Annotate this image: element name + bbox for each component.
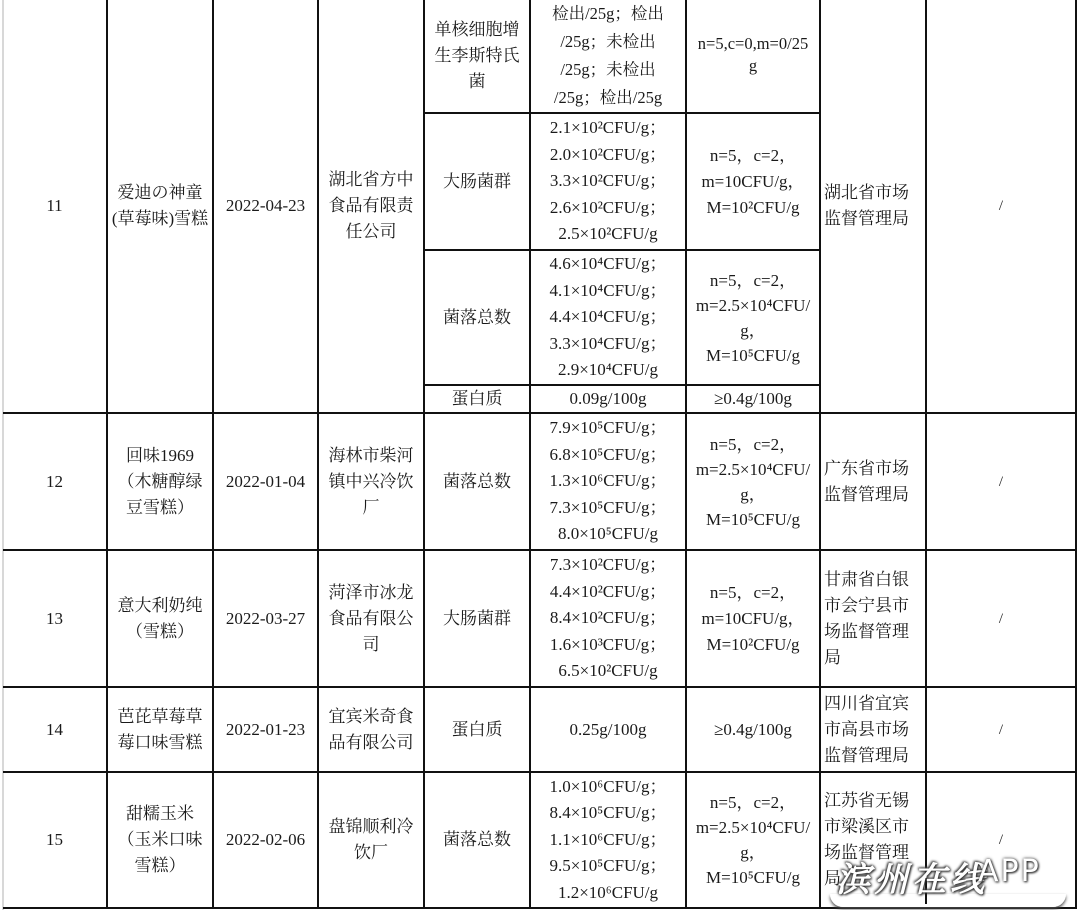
standard-line: m=2.5×10⁴CFU/ (690, 293, 816, 318)
standard-value: ≥0.4g/100g (686, 385, 820, 413)
row-number: 11 (3, 0, 107, 413)
result-line: 6.5×10²CFU/g (534, 658, 682, 685)
result-line: 1.2×10⁶CFU/g (534, 880, 682, 907)
standard-line: n=5，c=2， (690, 143, 816, 169)
production-date: 2022-03-27 (213, 550, 318, 687)
product-name: 回味1969（木糖醇绿豆雪糕） (107, 413, 213, 550)
result-line: /25g；未检出 (534, 56, 682, 84)
remark: / (926, 772, 1076, 908)
test-item: 菌落总数 (424, 413, 530, 550)
table-row: 15 甜糯玉米（玉米口味雪糕） 2022-02-06 盘锦顺利冷饮厂 菌落总数 … (3, 772, 1076, 908)
standard-line: M=10²CFU/g (690, 195, 816, 221)
producer: 宜宾米奇食品有限公司 (318, 687, 424, 772)
result-line: 2.5×10²CFU/g (534, 221, 682, 248)
product-name: 意大利奶纯（雪糕） (107, 550, 213, 687)
remark: / (926, 550, 1076, 687)
standard-line: m=2.5×10⁴CFU/ (690, 457, 816, 482)
sampling-authority: 甘肃省白银市会宁县市场监督管理局 (820, 550, 926, 687)
test-item: 单核细胞增生李斯特氏菌 (424, 0, 530, 113)
result-line: 8.4×10²CFU/g； (534, 605, 682, 632)
producer: 湖北省方中食品有限责任公司 (318, 0, 424, 413)
row-number: 12 (3, 413, 107, 550)
test-item: 蛋白质 (424, 385, 530, 413)
production-date: 2022-02-06 (213, 772, 318, 908)
test-result: 7.9×10⁵CFU/g； 6.8×10⁵CFU/g； 1.3×10⁶CFU/g… (530, 413, 686, 550)
row-number: 13 (3, 550, 107, 687)
test-item: 菌落总数 (424, 772, 530, 908)
standard-line: M=10⁵CFU/g (690, 343, 816, 368)
test-item: 蛋白质 (424, 687, 530, 772)
producer: 盘锦顺利冷饮厂 (318, 772, 424, 908)
table-row: 11 爱迪の神童(草莓味)雪糕 2022-04-23 湖北省方中食品有限责任公司… (3, 0, 1076, 113)
test-result: 2.1×10²CFU/g； 2.0×10²CFU/g； 3.3×10²CFU/g… (530, 113, 686, 250)
table-row: 13 意大利奶纯（雪糕） 2022-03-27 菏泽市冰龙食品有限公司 大肠菌群… (3, 550, 1076, 687)
sampling-results-table: 11 爱迪の神童(草莓味)雪糕 2022-04-23 湖北省方中食品有限责任公司… (3, 0, 1077, 909)
result-line: 8.0×10⁵CFU/g (534, 521, 682, 548)
test-result: 1.0×10⁶CFU/g； 8.4×10⁵CFU/g； 1.1×10⁶CFU/g… (530, 772, 686, 908)
result-line: 4.4×10⁴CFU/g； (534, 304, 682, 331)
row-number: 15 (3, 772, 107, 908)
result-line: 9.5×10⁵CFU/g； (534, 853, 682, 880)
standard-line: M=10⁵CFU/g (690, 507, 816, 532)
result-line: 3.3×10⁴CFU/g； (534, 331, 682, 358)
standard-line: M=10⁵CFU/g (690, 865, 816, 890)
producer: 海林市柴河镇中兴冷饮厂 (318, 413, 424, 550)
test-item: 菌落总数 (424, 250, 530, 385)
standard-value: n=5，c=2， m=2.5×10⁴CFU/ g， M=10⁵CFU/g (686, 772, 820, 908)
standard-line: n=5，c=2， (690, 432, 816, 457)
standard-line: M=10²CFU/g (690, 632, 816, 658)
standard-line: n=5，c=2， (690, 580, 816, 606)
standard-line: n=5，c=2， (690, 790, 816, 815)
table-row: 14 芭芘草莓草莓口味雪糕 2022-01-23 宜宾米奇食品有限公司 蛋白质 … (3, 687, 1076, 772)
product-name: 爱迪の神童(草莓味)雪糕 (107, 0, 213, 413)
standard-value: n=5，c=2， m=10CFU/g， M=10²CFU/g (686, 550, 820, 687)
product-name: 甜糯玉米（玉米口味雪糕） (107, 772, 213, 908)
standard-value: n=5,c=0,m=0/25 g (686, 0, 820, 113)
result-line: 8.4×10⁵CFU/g； (534, 800, 682, 827)
standard-line: g， (690, 840, 816, 865)
remark: / (926, 687, 1076, 772)
sampling-authority: 四川省宜宾市高县市场监督管理局 (820, 687, 926, 772)
standard-value: n=5，c=2， m=2.5×10⁴CFU/ g， M=10⁵CFU/g (686, 413, 820, 550)
result-line: 7.3×10⁵CFU/g； (534, 495, 682, 522)
sampling-authority: 广东省市场监督管理局 (820, 413, 926, 550)
result-line: 检出/25g；检出 (534, 0, 682, 28)
remark: / (926, 0, 1076, 413)
result-line: 7.3×10²CFU/g； (534, 552, 682, 579)
result-line: 2.1×10²CFU/g； (534, 115, 682, 142)
test-result: 0.25g/100g (530, 687, 686, 772)
result-line: 4.6×10⁴CFU/g； (534, 251, 682, 278)
result-line: 2.9×10⁴CFU/g (534, 357, 682, 384)
result-line: 1.6×10³CFU/g； (534, 632, 682, 659)
result-line: 1.3×10⁶CFU/g； (534, 468, 682, 495)
table-row: 12 回味1969（木糖醇绿豆雪糕） 2022-01-04 海林市柴河镇中兴冷饮… (3, 413, 1076, 550)
result-line: 1.0×10⁶CFU/g； (534, 774, 682, 801)
test-result: 检出/25g；检出 /25g；未检出 /25g；未检出 /25g；检出/25g (530, 0, 686, 113)
production-date: 2022-01-23 (213, 687, 318, 772)
result-line: 1.1×10⁶CFU/g； (534, 827, 682, 854)
test-result: 0.09g/100g (530, 385, 686, 413)
test-item: 大肠菌群 (424, 113, 530, 250)
result-line: 6.8×10⁵CFU/g； (534, 442, 682, 469)
result-line: 4.1×10⁴CFU/g； (534, 278, 682, 305)
result-line: /25g；检出/25g (534, 84, 682, 112)
result-line: 7.9×10⁵CFU/g； (534, 415, 682, 442)
product-name: 芭芘草莓草莓口味雪糕 (107, 687, 213, 772)
remark: / (926, 413, 1076, 550)
standard-line: m=10CFU/g， (690, 606, 816, 632)
test-result: 7.3×10²CFU/g； 4.4×10²CFU/g； 8.4×10²CFU/g… (530, 550, 686, 687)
result-line: /25g；未检出 (534, 28, 682, 56)
standard-value: ≥0.4g/100g (686, 687, 820, 772)
standard-line: n=5，c=2， (690, 268, 816, 293)
result-line: 2.0×10²CFU/g； (534, 142, 682, 169)
result-line: 2.6×10²CFU/g； (534, 195, 682, 222)
producer: 菏泽市冰龙食品有限公司 (318, 550, 424, 687)
standard-value: n=5，c=2， m=2.5×10⁴CFU/ g， M=10⁵CFU/g (686, 250, 820, 385)
result-line: 4.4×10²CFU/g； (534, 579, 682, 606)
test-result: 4.6×10⁴CFU/g； 4.1×10⁴CFU/g； 4.4×10⁴CFU/g… (530, 250, 686, 385)
standard-line: m=2.5×10⁴CFU/ (690, 815, 816, 840)
row-number: 14 (3, 687, 107, 772)
standard-line: g， (690, 318, 816, 343)
sampling-authority: 湖北省市场监督管理局 (820, 0, 926, 413)
result-line: 3.3×10²CFU/g； (534, 168, 682, 195)
standard-value: n=5，c=2， m=10CFU/g， M=10²CFU/g (686, 113, 820, 250)
standard-line: m=10CFU/g， (690, 169, 816, 195)
production-date: 2022-04-23 (213, 0, 318, 413)
sampling-authority: 江苏省无锡市梁溪区市场监督管理局 (820, 772, 926, 908)
production-date: 2022-01-04 (213, 413, 318, 550)
standard-line: g， (690, 482, 816, 507)
test-item: 大肠菌群 (424, 550, 530, 687)
